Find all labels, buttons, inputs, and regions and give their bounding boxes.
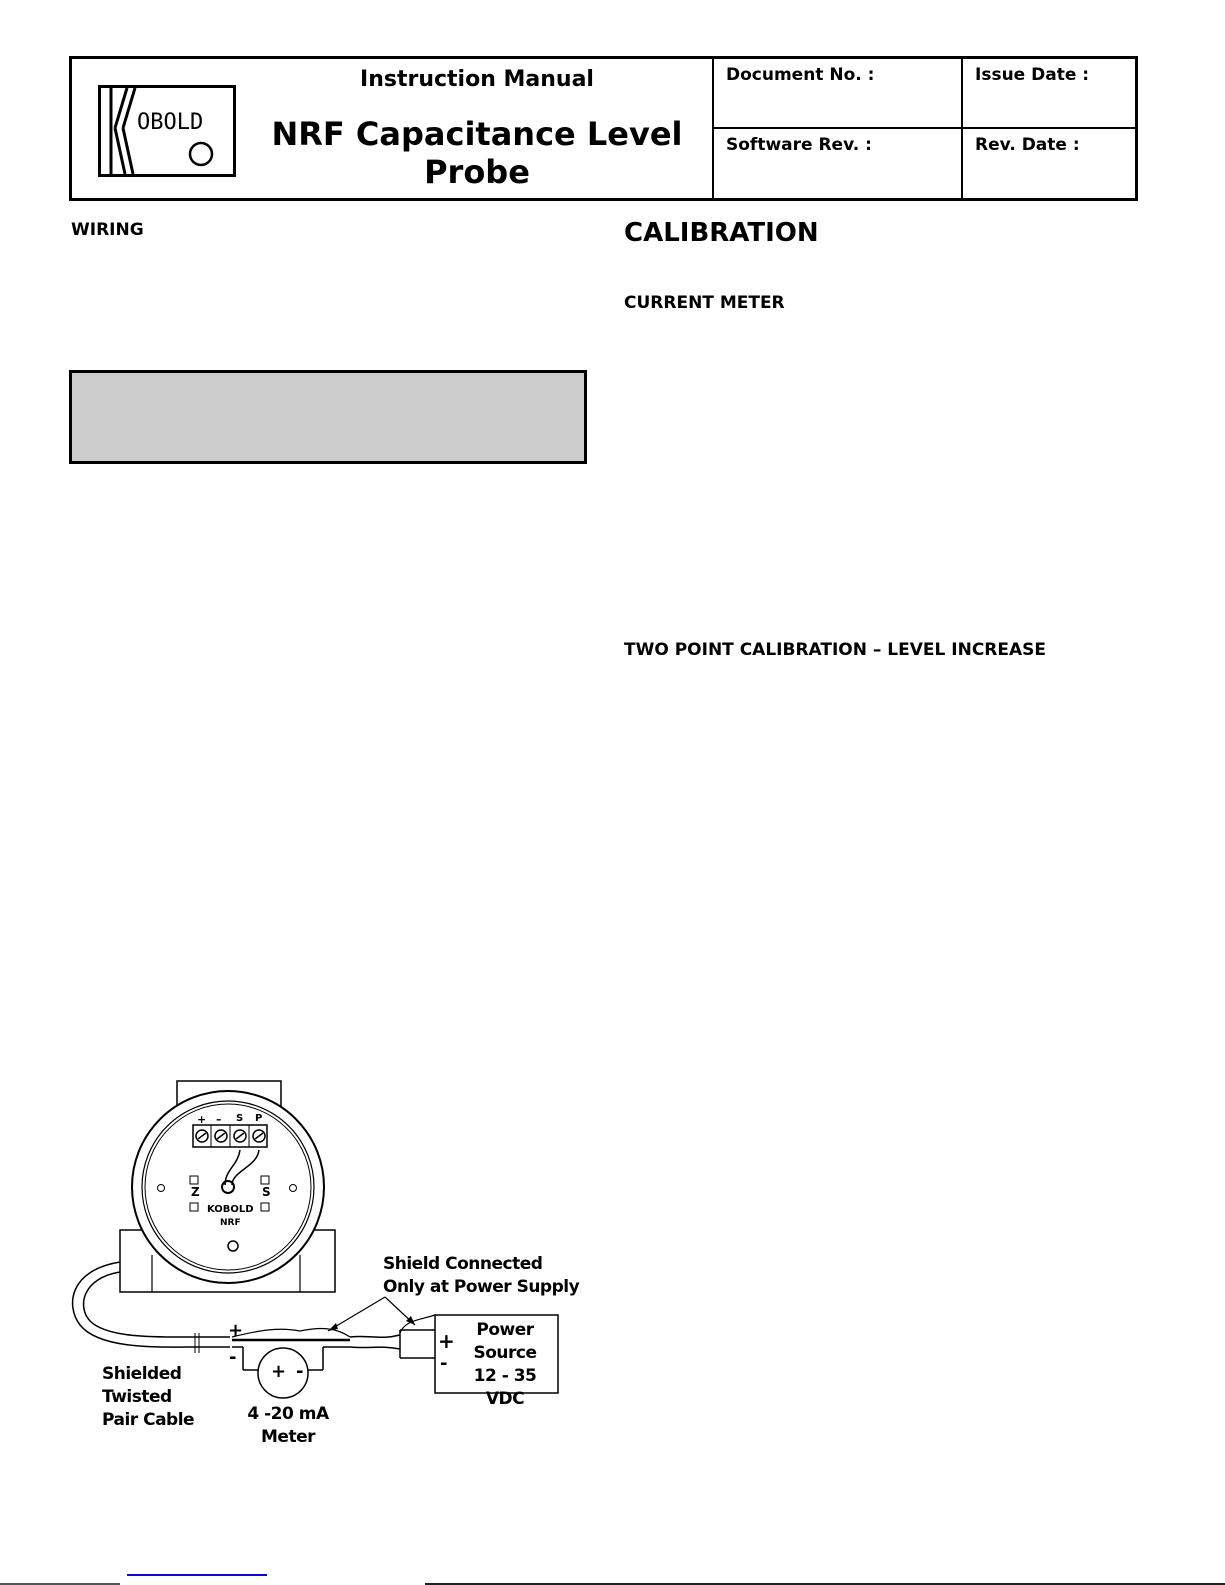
meter-minus-label: - [296,1361,303,1382]
zero-button-label: Z [191,1185,200,1199]
document-title: NRF Capacitance Level Probe [242,115,712,191]
current-meter-heading: CURRENT METER [624,293,785,313]
terminal-plus-label: + [197,1113,206,1126]
two-point-calibration-heading: TWO POINT CALIBRATION – LEVEL INCREASE [624,640,1046,660]
meter-line-2: Meter [238,1426,338,1449]
power-minus-label: - [440,1353,447,1374]
note-box [69,370,587,464]
terminal-minus-label: – [216,1113,222,1126]
cable-line-3: Pair Cable [102,1409,194,1432]
power-line-1: Power [452,1319,558,1342]
device-model-label: NRF [220,1218,241,1228]
shield-callout-line-1: Shield Connected [383,1253,579,1276]
cable-line-2: Twisted [102,1386,194,1409]
meter-plus-label: + [271,1361,286,1382]
span-button-label: S [262,1185,271,1199]
cable-label: Shielded Twisted Pair Cable [102,1363,194,1432]
terminal-s-label: S [236,1113,243,1124]
shield-callout-line-2: Only at Power Supply [383,1276,579,1299]
shield-callout: Shield Connected Only at Power Supply [383,1253,579,1299]
terminal-p-label: P [255,1113,262,1124]
document-meta: Document No. : Issue Date : Software Rev… [712,59,1137,198]
rev-date-field: Rev. Date : [963,129,1137,198]
meter-line-1: 4 -20 mA [238,1403,338,1426]
title-line-1: NRF Capacitance Level [242,115,712,153]
title-area: Instruction Manual NRF Capacitance Level… [242,59,712,198]
meter-label: 4 -20 mA Meter [238,1403,338,1453]
cable-plus-label: + [228,1320,243,1341]
power-line-3: 12 - 35 VDC [452,1365,558,1411]
cable-minus-label: - [229,1347,236,1368]
document-header: OBOLD Instruction Manual NRF Capacitance… [69,56,1138,201]
issue-date-field: Issue Date : [963,59,1137,129]
footer-link-underline[interactable] [127,1574,267,1576]
power-source-label: Power Source 12 - 35 VDC [452,1319,558,1411]
wiring-heading: WIRING [71,220,144,240]
kobold-logo: OBOLD [98,85,236,177]
power-line-2: Source [452,1342,558,1365]
manual-subtitle: Instruction Manual [242,67,712,92]
logo-text: OBOLD [137,110,203,135]
cable-line-1: Shielded [102,1363,194,1386]
title-line-2: Probe [242,153,712,191]
calibration-heading: CALIBRATION [624,218,819,248]
software-rev-field: Software Rev. : [714,129,963,198]
document-no-field: Document No. : [714,59,963,129]
device-brand-label: KOBOLD [207,1204,254,1215]
wiring-diagram: + – S P Z S KOBOLD NRF Shield Connected … [60,1075,600,1455]
